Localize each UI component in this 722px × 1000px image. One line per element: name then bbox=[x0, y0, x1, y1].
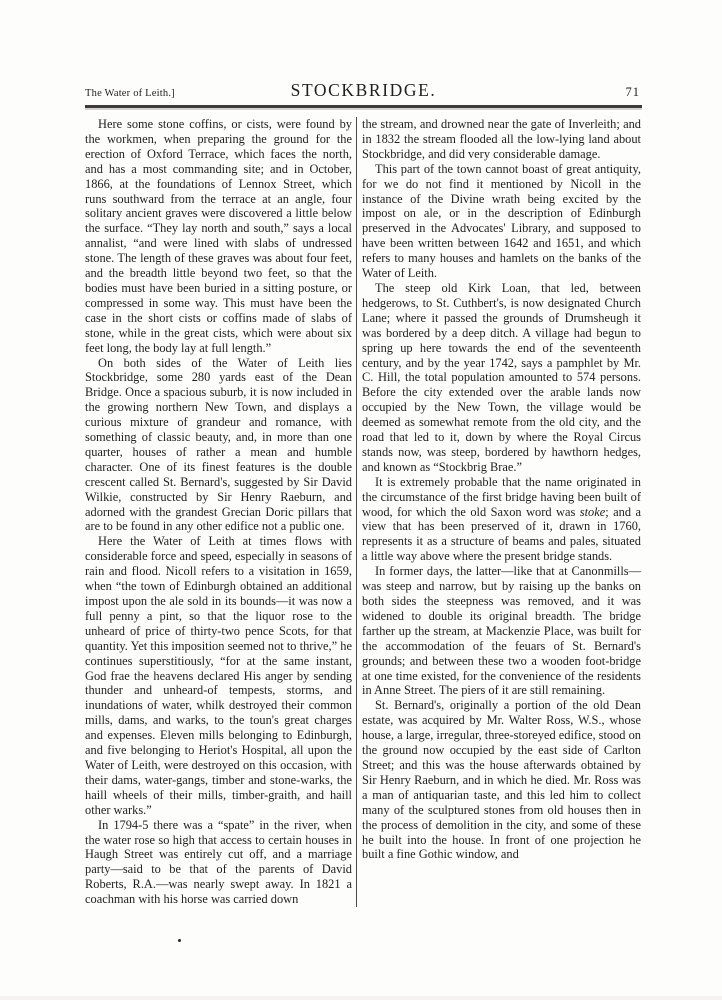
header-rule bbox=[85, 105, 642, 108]
text-run: the stream, and drowned near the gate of… bbox=[362, 117, 641, 161]
paragraph: St. Bernard's, originally a portion of t… bbox=[362, 698, 641, 862]
paragraph: Here the Water of Leith at times flows w… bbox=[85, 534, 352, 817]
paragraph: In 1794-5 there was a “spate” in the riv… bbox=[85, 818, 352, 907]
text-run: This part of the town cannot boast of gr… bbox=[362, 162, 641, 280]
paragraph: This part of the town cannot boast of gr… bbox=[362, 162, 641, 281]
italic-text: stoke bbox=[580, 505, 605, 519]
paragraph: The steep old Kirk Loan, that led, betwe… bbox=[362, 281, 641, 475]
column-left: Here some stone coffins, or cists, were … bbox=[85, 117, 352, 907]
text-run: In 1794-5 there was a “spate” in the riv… bbox=[85, 818, 352, 907]
text-run: The steep old Kirk Loan, that led, betwe… bbox=[362, 281, 641, 474]
paragraph: the stream, and drowned near the gate of… bbox=[362, 117, 641, 162]
paragraph: In former days, the latter—like that at … bbox=[362, 564, 641, 698]
column-divider bbox=[356, 117, 357, 907]
page-title: STOCKBRIDGE. bbox=[291, 80, 437, 101]
page-number: 71 bbox=[626, 85, 643, 100]
text-run: Here some stone coffins, or cists, were … bbox=[85, 117, 352, 355]
paragraph: On both sides of the Water of Leith lies… bbox=[85, 356, 352, 535]
text-run: On both sides of the Water of Leith lies… bbox=[85, 356, 352, 534]
ink-spot bbox=[178, 939, 181, 942]
column-right: the stream, and drowned near the gate of… bbox=[362, 117, 641, 907]
running-header-left: The Water of Leith.] bbox=[85, 88, 175, 99]
text-run: In former days, the latter—like that at … bbox=[362, 564, 641, 697]
page-header: The Water of Leith.] STOCKBRIDGE. 71 bbox=[85, 80, 642, 101]
text-columns: Here some stone coffins, or cists, were … bbox=[85, 117, 642, 907]
text-run: St. Bernard's, originally a portion of t… bbox=[362, 698, 641, 861]
book-page: The Water of Leith.] STOCKBRIDGE. 71 Her… bbox=[85, 80, 642, 907]
text-run: Here the Water of Leith at times flows w… bbox=[85, 534, 352, 816]
scan-edge bbox=[0, 996, 722, 1000]
paragraph: Here some stone coffins, or cists, were … bbox=[85, 117, 352, 356]
paragraph: It is extremely probable that the name o… bbox=[362, 475, 641, 564]
